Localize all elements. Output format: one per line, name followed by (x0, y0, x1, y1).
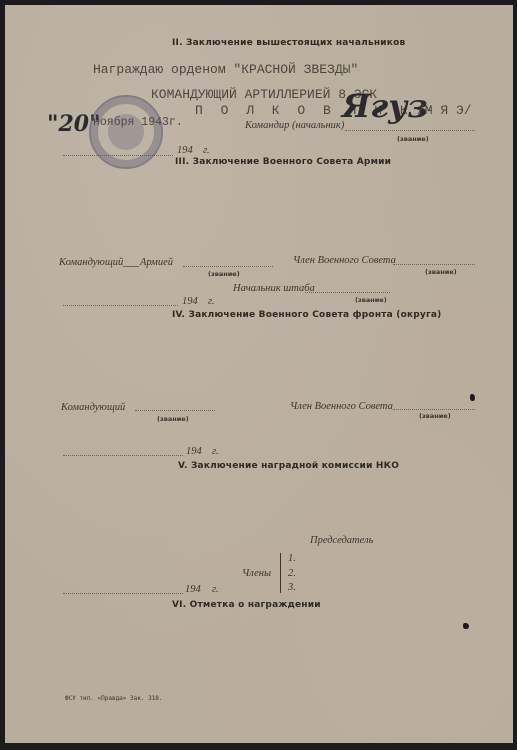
commander-rank-line (345, 130, 475, 131)
rank-caption: (звание) (397, 135, 429, 143)
award-line: Награждаю орденом "КРАСНОЙ ЗВЕЗДЫ" (93, 62, 358, 77)
date-blank-line (63, 593, 183, 594)
date-year: 194 (186, 446, 202, 457)
date-suffix: г. (212, 584, 219, 595)
council-member-label: Член Военного Совета (293, 255, 396, 266)
rank-caption: (звание) (208, 270, 240, 278)
army-commander-label: Командующий (59, 257, 123, 268)
section4-title: IV. Заключение Военного Совета фронта (о… (172, 310, 441, 320)
date-blank-line (63, 305, 178, 306)
date-suffix: г. (208, 296, 215, 307)
members-label: Члены (242, 568, 271, 579)
rank-caption: (звание) (419, 412, 451, 420)
section3-title: III. Заключение Военного Совета Армии (175, 157, 391, 167)
date-blank-line (63, 455, 183, 456)
ink-blot (463, 623, 469, 629)
council-member-rank-line (393, 264, 475, 265)
front-council-member-rank-line (393, 409, 475, 410)
member-number-1: 1. (288, 553, 296, 564)
chairman-label: Председатель (310, 535, 373, 546)
commander-underline (123, 266, 139, 267)
signatory-name: /М Я Э/ (417, 103, 472, 118)
printer-imprint: ФСУ тип. «Правда» Зак. 318. (65, 695, 163, 702)
official-stamp (89, 95, 163, 169)
front-commander-label: Командующий (61, 402, 125, 413)
date-suffix: г. (212, 446, 219, 457)
army-rank-line (183, 266, 273, 267)
army-label: Армией (140, 257, 173, 268)
chief-of-staff-label: Начальник штаба (233, 283, 315, 294)
section5-title: V. Заключение наградной комиссии НКО (178, 461, 399, 471)
state-emblem-icon (108, 114, 144, 150)
handwritten-signature: Ягуз (342, 87, 428, 125)
section2-title: II. Заключение вышестоящих начальников (172, 38, 405, 48)
rank-caption: (звание) (425, 268, 457, 276)
front-commander-rank-line (135, 410, 215, 411)
chief-of-staff-rank-line (305, 292, 390, 293)
date-year: 194 (185, 584, 201, 595)
member-number-3: 3. (288, 582, 296, 593)
date-year: 194 (177, 145, 193, 156)
rank-caption: (звание) (355, 296, 387, 304)
members-brace (280, 553, 281, 593)
document-page: II. Заключение вышестоящих начальников Н… (5, 5, 513, 743)
ink-blot (470, 394, 475, 401)
front-council-member-label: Член Военного Совета (290, 401, 393, 412)
section6-title: VI. Отметка о награждении (172, 600, 321, 610)
rank-caption: (звание) (157, 415, 189, 423)
commander-label: Командир (начальник) (245, 120, 344, 131)
date-suffix: г. (203, 145, 210, 156)
date-year: 194 (182, 296, 198, 307)
member-number-2: 2. (288, 568, 296, 579)
